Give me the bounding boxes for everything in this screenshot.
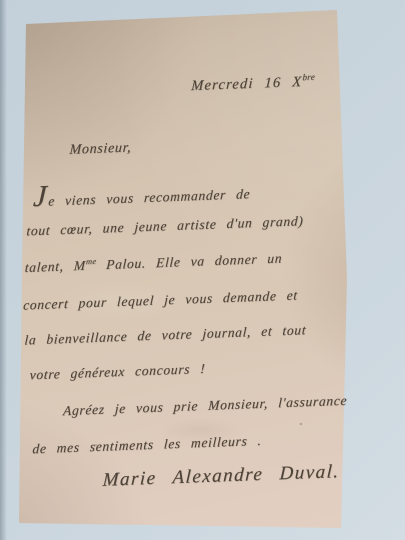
date-text: Mercredi 16 X xyxy=(191,74,303,94)
date-line: Mercredi 16 Xbre xyxy=(191,72,316,95)
date-superscript: bre xyxy=(302,72,315,82)
closing-line-2: de mes sentiments les meilleurs . xyxy=(32,433,262,457)
closing-line-1: Agréez je vous prie Monsieur, l'assuranc… xyxy=(63,393,348,419)
body-line-3: talent, Mme Palou. Elle va donner un xyxy=(24,250,282,276)
body-line-2: tout cœur, une jeune artiste d'un grand) xyxy=(26,213,304,239)
body-line-5: la bienveillance de votre journal, et to… xyxy=(24,322,307,348)
body-line-6: votre généreux concours ! xyxy=(29,361,206,383)
salutation-line: Monsieur, xyxy=(69,140,132,158)
body-line-4: concert pour lequel je vous demande et xyxy=(23,287,298,313)
letter-text: Mercredi 16 Xbre Monsieur, Je viens vous… xyxy=(0,0,405,540)
body-line-3-pre: talent, M xyxy=(24,258,86,275)
letter-photo: Mercredi 16 Xbre Monsieur, Je viens vous… xyxy=(0,0,405,540)
body-line-3-post: Palou. Elle va donner un xyxy=(96,251,283,273)
signature: Marie Alexandre Duval. xyxy=(102,461,340,492)
body-line-1: Je viens vous recommander de xyxy=(32,172,251,214)
